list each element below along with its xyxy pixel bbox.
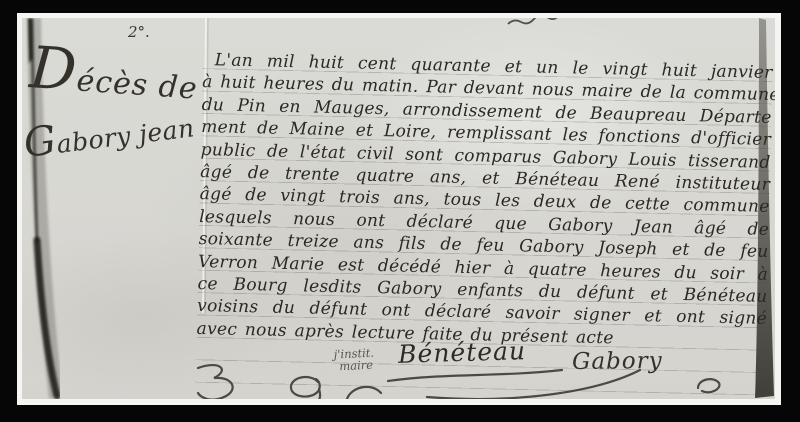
photo-mat-border: 2°. Décès de Gabory jean L'an mil huit c… bbox=[17, 13, 781, 405]
act-lines: L'an mil huit cent quarante et un le vin… bbox=[196, 49, 772, 353]
record-number: 2°. bbox=[128, 23, 150, 41]
cutoff-writing-fragment bbox=[508, 18, 569, 24]
scanned-register-page: 2°. Décès de Gabory jean L'an mil huit c… bbox=[22, 18, 775, 399]
officer-note: j'instit. maire bbox=[333, 347, 374, 373]
screenshot-root: { "margin": { "record_number": "2°.", "t… bbox=[0, 0, 800, 422]
death-act-text: L'an mil huit cent quarante et un le vin… bbox=[195, 49, 773, 399]
signature-row: j'instit. maire Bénéteau Gabory bbox=[195, 344, 766, 399]
signature-gabory: Gabory bbox=[572, 350, 663, 374]
signature-beneteau: Bénéteau bbox=[398, 340, 527, 366]
officer-note-line2: maire bbox=[339, 359, 375, 373]
